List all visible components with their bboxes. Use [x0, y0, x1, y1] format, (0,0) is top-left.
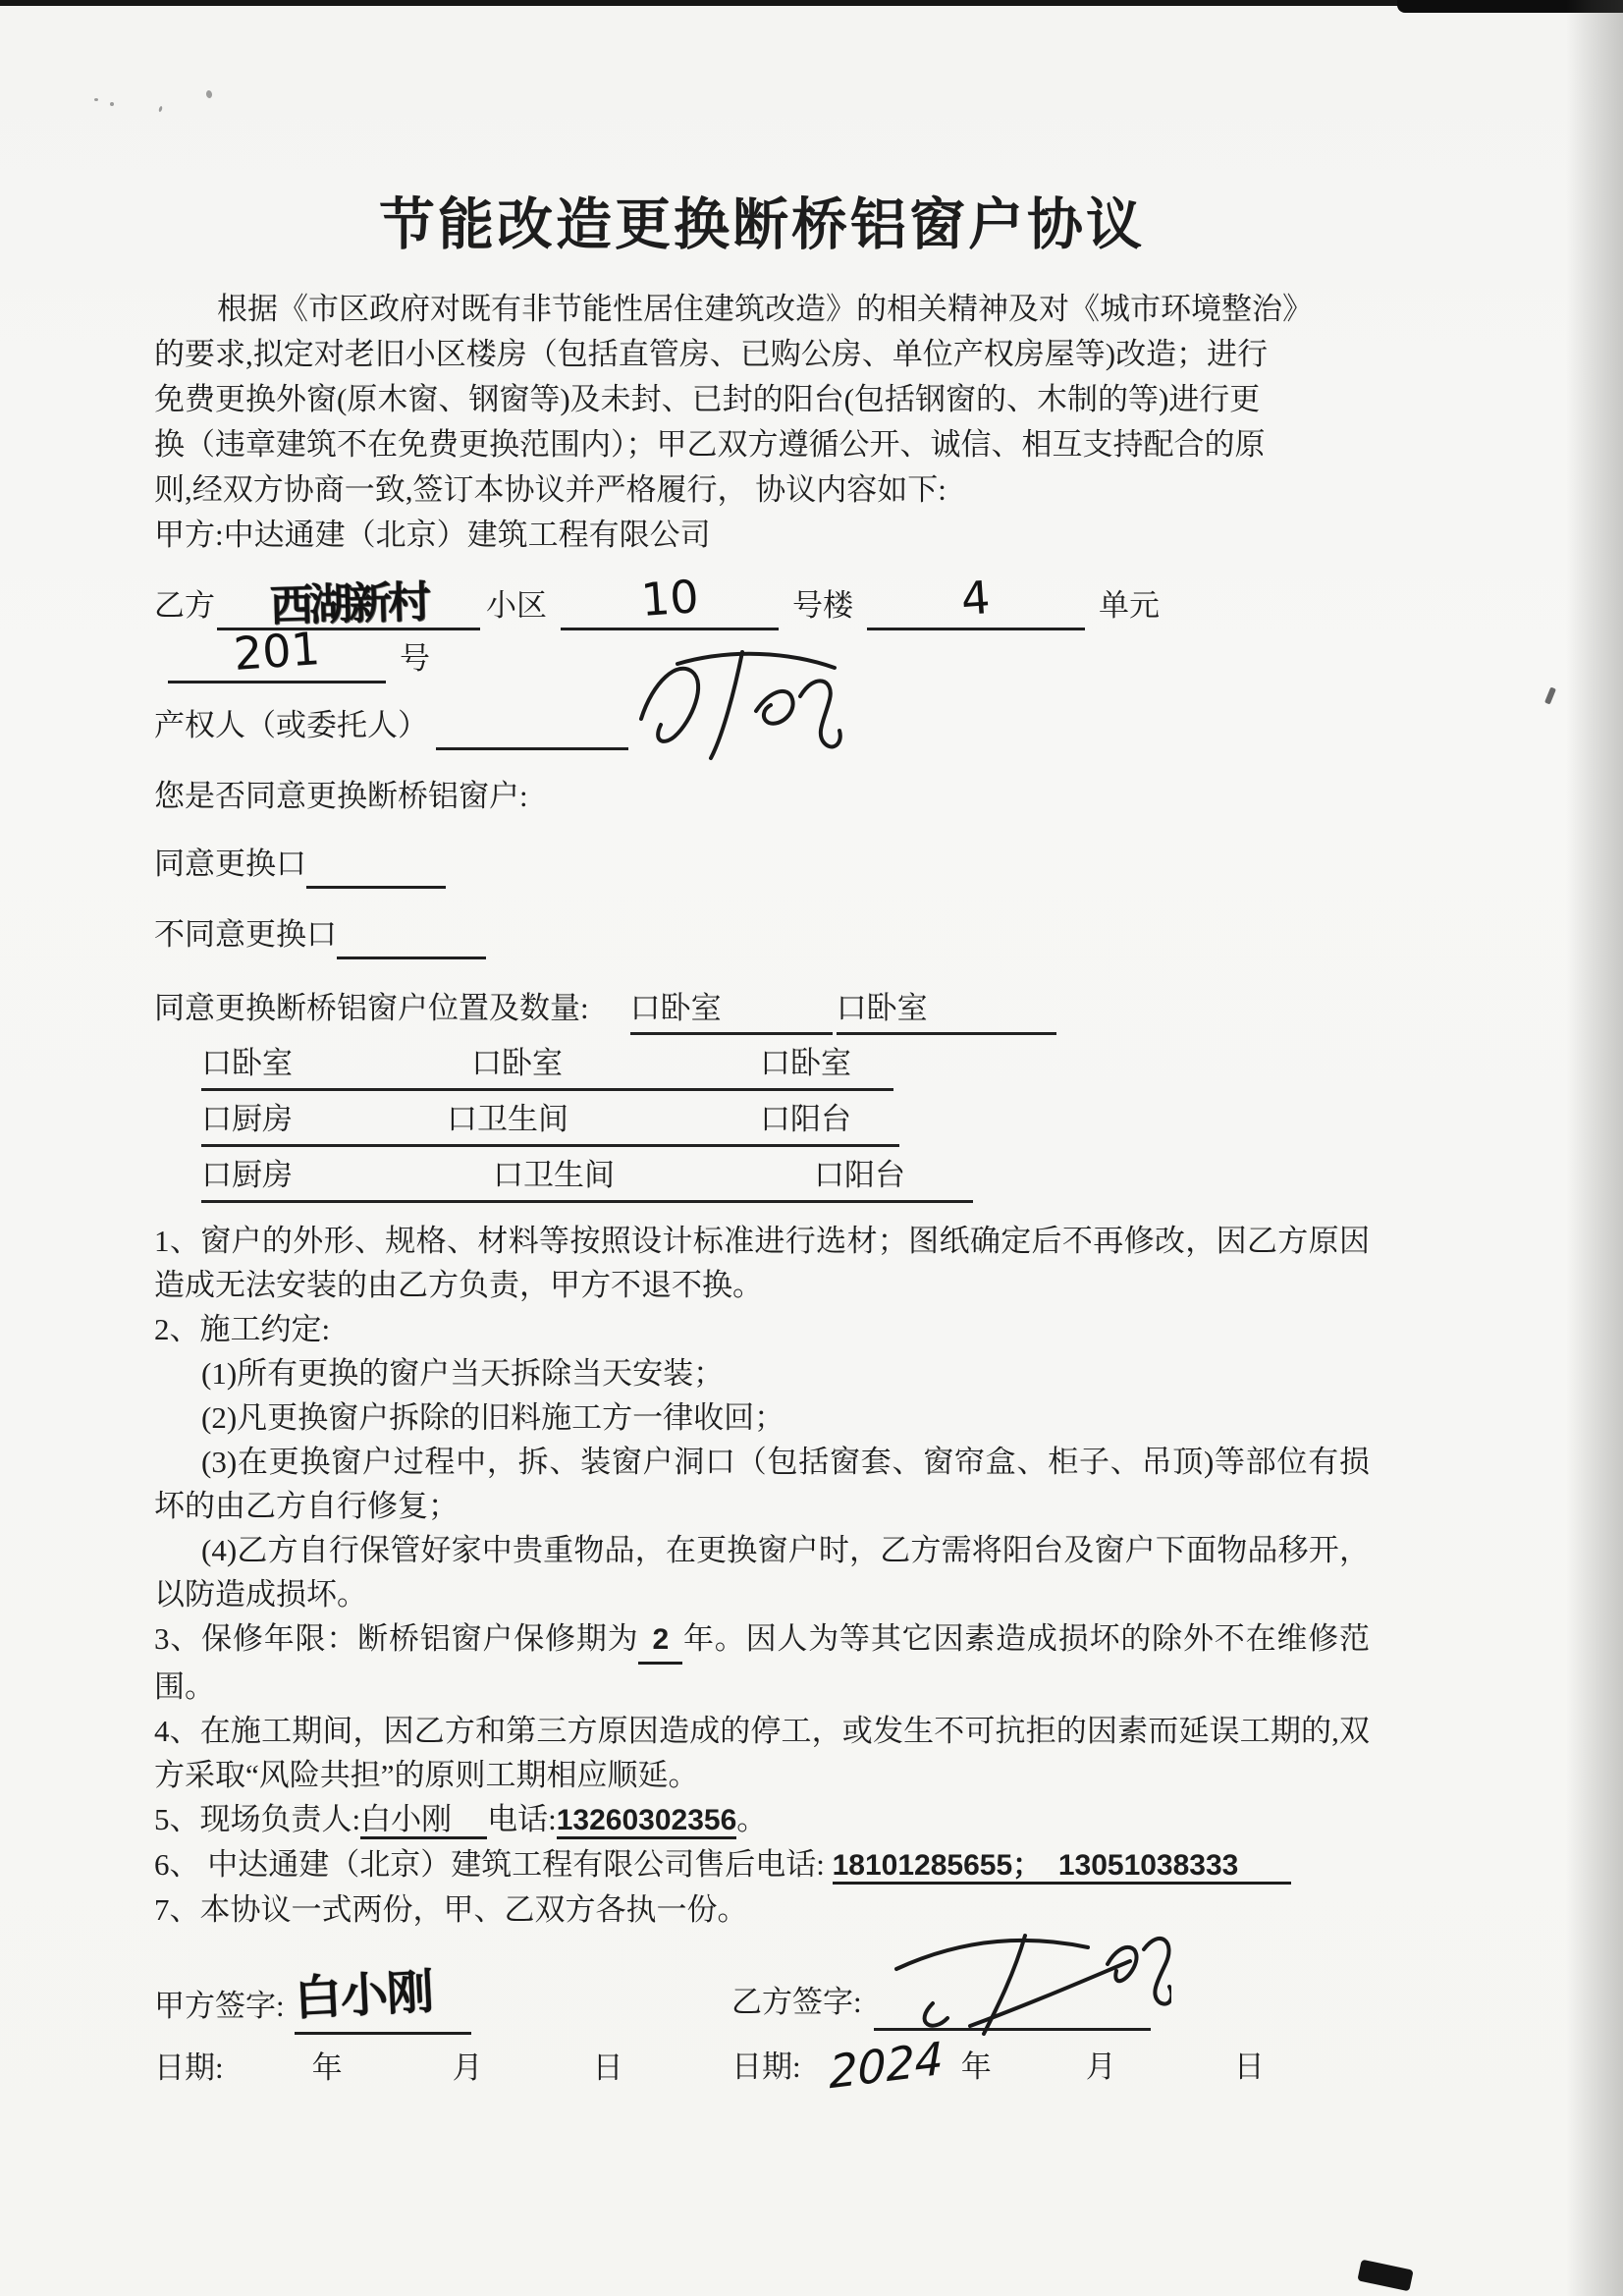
- disagree-option-line: 不同意更换口: [154, 912, 1370, 959]
- clause-5-text: 5、现场负责人:: [154, 1802, 360, 1836]
- clause-3: 3、保修年限：断桥铝窗户保修期为2年。因人为等其它因素造成损坏的除外不在维修范围…: [154, 1616, 1370, 1709]
- community-blank: 西湖新村: [217, 580, 480, 630]
- month-label: 月: [453, 2050, 483, 2085]
- scan-mark-bottom-right: [1357, 2260, 1413, 2292]
- room-label: 号: [400, 641, 430, 676]
- location-row: 口卧室口卧室口卧室: [154, 1039, 1370, 1091]
- checkbox-item: 口阳台: [760, 1095, 899, 1147]
- location-heading: 同意更换断桥铝窗户位置及数量:: [154, 991, 589, 1025]
- party-a-line: 甲方:中达通建（北京）建筑工程有限公司: [154, 513, 1370, 558]
- owner-line: 产权人（或委托人）: [154, 703, 1370, 750]
- clause-1: 1、窗户的外形、规格、材料等按照设计标准进行选材；图纸确定后不再修改，因乙方原因…: [154, 1219, 1370, 1307]
- intro-paragraph: 根据《市区政府对既有非节能性居住建筑改造》的相关精神及对《城市环境整治》 的要求…: [154, 287, 1370, 558]
- signature-section: 甲方签字:白小刚 日期:年月日 乙方签字:: [154, 1977, 1370, 2094]
- checkbox-item: 口卧室: [630, 985, 833, 1035]
- clause-7: 7、本协议一式两份，甲、乙双方各执一份。: [154, 1887, 1370, 1932]
- party-b-signature-blank: [874, 1977, 1151, 2031]
- clause-2-item-1: (1)所有更换的窗户当天拆除当天安装；: [154, 1351, 1370, 1395]
- community-suffix: 小区: [486, 588, 547, 623]
- year-label: 年: [312, 2050, 343, 2085]
- disagree-blank: [337, 912, 486, 959]
- checkbox-item: 口卫生间: [493, 1151, 814, 1203]
- party-a-signature-label: 甲方签字:: [154, 1989, 285, 2023]
- party-a-signature-blank: 白小刚: [295, 1977, 471, 2035]
- checkbox-item: 口厨房: [201, 1095, 447, 1147]
- party-b-line: 乙方西湖新村小区10号楼4单元201号: [154, 577, 1370, 683]
- day-label: 日: [593, 2050, 623, 2085]
- date-label: 日期:: [731, 2050, 801, 2084]
- day-label: 日: [1234, 2050, 1265, 2084]
- party-a-signature-column: 甲方签字:白小刚 日期:年月日: [154, 1977, 731, 2094]
- clause-5-end: 。: [736, 1802, 767, 1836]
- location-row: 口厨房口卫生间口阳台: [154, 1151, 1370, 1203]
- intro-line: 换（违章建筑不在免费更换范围内）；甲乙双方遵循公开、诚信、相互支持配合的原: [154, 422, 1370, 467]
- intro-line: 则,经双方协商一致,签订本协议并严格履行， 协议内容如下:: [154, 467, 1370, 513]
- clause-4: 4、在施工期间，因乙方和第三方原因造成的停工，或发生不可抗拒的因素而延误工期的,…: [154, 1709, 1370, 1797]
- warranty-years-value: 2: [638, 1617, 682, 1665]
- intro-line: 根据《市区政府对既有非节能性居住建筑改造》的相关精神及对《城市环境整治》: [154, 287, 1370, 332]
- question-line: 您是否同意更换断桥铝窗户:: [154, 774, 1370, 818]
- agree-blank: [306, 842, 446, 889]
- room-handwritten: 201: [233, 626, 322, 677]
- date-label: 日期:: [154, 2050, 224, 2085]
- building-blank: 10: [561, 577, 779, 630]
- site-manager-phone: 13260302356: [557, 1804, 737, 1839]
- room-blank: 201: [168, 630, 386, 683]
- owner-label: 产权人（或委托人）: [154, 708, 428, 742]
- agree-label: 同意更换口: [154, 847, 306, 881]
- scanned-document-page: 节能改造更换断桥铝窗户协议 根据《市区政府对既有非节能性居住建筑改造》的相关精神…: [0, 0, 1623, 2296]
- party-b-year-handwritten: 2024: [829, 2036, 944, 2096]
- document-title: 节能改造更换断桥铝窗户协议: [154, 194, 1370, 257]
- checkbox-item: 口厨房: [201, 1151, 493, 1203]
- after-sales-phones: 18101285655； 13051038333: [833, 1849, 1292, 1885]
- building-label: 号楼: [792, 588, 853, 623]
- party-a-signature-line: 甲方签字:白小刚: [154, 1977, 731, 2035]
- checkbox-item: 口卫生间: [447, 1095, 760, 1147]
- checkbox-item: 口卧室: [471, 1039, 760, 1091]
- checkbox-item: 口卧室: [201, 1039, 471, 1091]
- party-b-signature-line: 乙方签字:: [731, 1977, 1370, 2031]
- clause-6-text: 6、 中达通建（北京）建筑工程有限公司售后电话:: [154, 1847, 833, 1882]
- community-handwritten: 西湖新村: [269, 581, 427, 629]
- party-b-date-line: 日期:2024年月日: [731, 2039, 1370, 2093]
- clause-2-heading: 2、施工约定:: [154, 1307, 1370, 1351]
- clause-6: 6、 中达通建（北京）建筑工程有限公司售后电话: 18101285655； 13…: [154, 1842, 1370, 1887]
- clause-5: 5、现场负责人:白小刚电话:13260302356。: [154, 1797, 1370, 1842]
- checkbox-item: 口卧室: [837, 985, 1056, 1035]
- clause-2-item-2: (2)凡更换窗户拆除的旧料施工方一律收回；: [154, 1395, 1370, 1440]
- party-b-label: 乙方: [154, 588, 215, 623]
- unit-handwritten: 4: [960, 574, 992, 622]
- disagree-label: 不同意更换口: [154, 917, 337, 952]
- party-a-signature-handwritten: 白小刚: [293, 1968, 433, 2022]
- location-heading-row: 同意更换断桥铝窗户位置及数量:口卧室口卧室: [154, 985, 1370, 1035]
- month-label: 月: [1086, 2050, 1116, 2084]
- document-content: 节能改造更换断桥铝窗户协议 根据《市区政府对既有非节能性居住建筑改造》的相关精神…: [0, 0, 1623, 2094]
- checkbox-item: 口卧室: [760, 1039, 893, 1091]
- party-b-signature-column: 乙方签字: 日期:2024年月日: [731, 1977, 1370, 2094]
- year-label: 年: [961, 2050, 992, 2084]
- building-handwritten: 10: [639, 574, 700, 623]
- checkbox-item: 口阳台: [814, 1151, 973, 1203]
- clauses-section: 1、窗户的外形、规格、材料等按照设计标准进行选材；图纸确定后不再修改，因乙方原因…: [154, 1219, 1370, 1932]
- unit-label: 单元: [1099, 588, 1160, 623]
- unit-blank: 4: [867, 577, 1085, 630]
- intro-line: 的要求,拟定对老旧小区楼房（包括直管房、已购公房、单位产权房屋等)改造；进行: [154, 332, 1370, 377]
- party-b-signature-label: 乙方签字:: [731, 1985, 862, 2019]
- clause-3-text: 3、保修年限：断桥铝窗户保修期为: [154, 1621, 638, 1656]
- clause-2-item-4: (4)乙方自行保管好家中贵重物品，在更换窗户时，乙方需将阳台及窗户下面物品移开，…: [154, 1528, 1370, 1616]
- owner-signature-blank: [436, 703, 628, 750]
- party-a-date-line: 日期:年月日: [154, 2043, 731, 2094]
- intro-line: 免费更换外窗(原木窗、钢窗等)及未封、已封的阳台(包括钢窗的、木制的等)进行更: [154, 377, 1370, 422]
- site-manager-name: 白小刚: [360, 1802, 487, 1839]
- clause-2-item-3: (3)在更换窗户过程中，拆、装窗户洞口（包括窗套、窗帘盒、柜子、吊顶)等部位有损…: [154, 1440, 1370, 1528]
- location-row: 口厨房口卫生间口阳台: [154, 1095, 1370, 1147]
- phone-label: 电话:: [487, 1802, 557, 1836]
- agree-option-line: 同意更换口: [154, 842, 1370, 889]
